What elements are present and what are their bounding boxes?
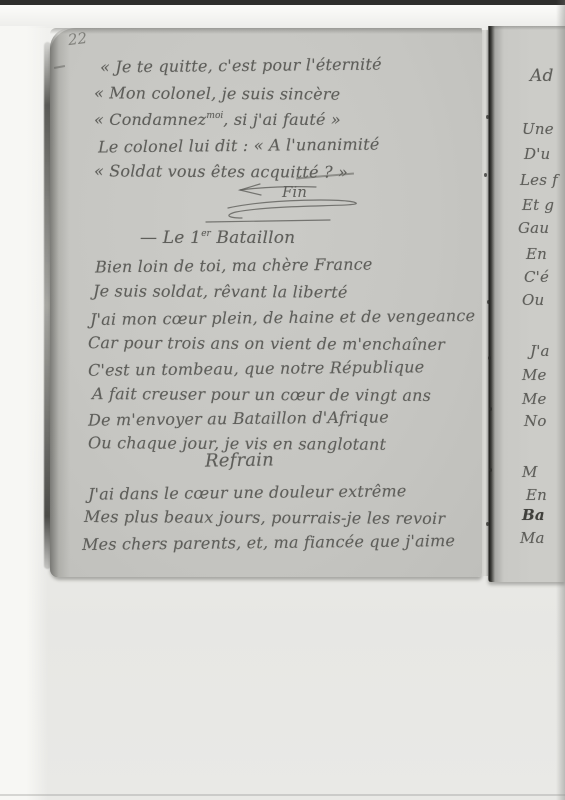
binding-stitch-speck	[486, 115, 489, 119]
binding-stitch-speck	[486, 522, 489, 526]
scanner-right-shadow	[556, 0, 565, 800]
right-page-paper	[488, 26, 565, 582]
loop-flourish	[228, 200, 356, 218]
binding-stitch-speck	[484, 173, 487, 177]
title-ordinal: er	[201, 229, 211, 239]
scanner-light-band	[0, 5, 565, 28]
song-title: — Le 1er Bataillon	[140, 228, 295, 248]
line-pre: « Condamnez	[94, 110, 206, 129]
title-pre: — Le 1	[140, 228, 201, 248]
title-post: Bataillon	[211, 228, 296, 248]
scanner-left-margin	[0, 26, 48, 800]
scanner-bottom-line	[0, 794, 565, 796]
handwritten-line-with-insertion: « Condamnezmoi, si j'ai fauté »	[94, 110, 341, 129]
binding-stitch-speck	[487, 300, 490, 304]
line-post: , si j'ai fauté »	[223, 110, 341, 129]
fin-label: Fin	[281, 183, 307, 201]
binding-stitch-speck	[488, 356, 491, 360]
scanned-notebook-photo: 22 « Je te quitte, c'est pour l'éternité…	[0, 0, 565, 800]
flourish-rule	[206, 220, 330, 222]
binding-stitch-speck	[489, 407, 492, 411]
refrain-heading: Refrain	[205, 449, 274, 471]
page-number: 22	[67, 29, 88, 49]
inserted-word: moi	[206, 111, 223, 121]
binding-stitch-speck	[489, 468, 492, 472]
fin-flourish: Fin	[198, 176, 378, 228]
